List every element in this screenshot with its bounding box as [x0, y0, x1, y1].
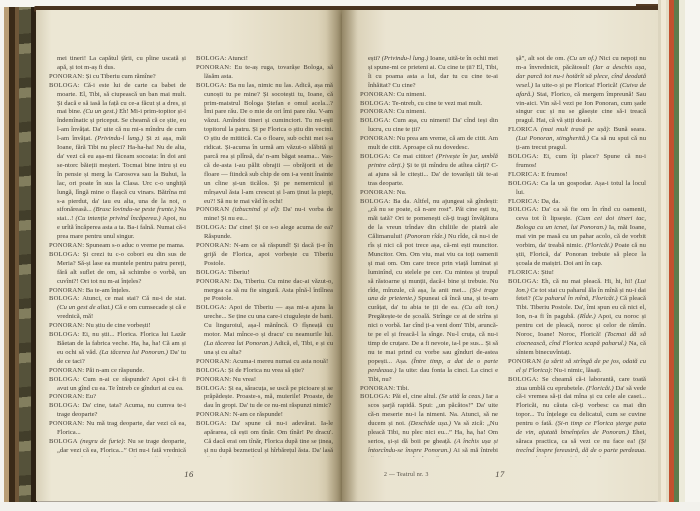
speaker-name: BOLOGA [196, 367, 225, 374]
dialogue-entry: PONORAN: N-am ce răspunde! [196, 411, 333, 420]
dialogue-entry: BOLOGA: Apoi de Tiberiu — așa mi-a ajuns… [196, 304, 333, 357]
dialogue-entry: BOLOGA: Păi el, cine altul. (Se uită la … [360, 393, 498, 457]
speaker-name: BOLOGA [49, 295, 78, 302]
page-right: ești? (Privindu-l lung.) Ioane, uită-te … [342, 10, 658, 501]
speaker-name: PONORAN [49, 322, 82, 329]
dialogue-entry: PONORAN: Cu nimeni. [360, 91, 498, 100]
dialogue-entry: șă”, alt soi de om. (Cu un of.) Nici cu … [508, 55, 646, 126]
speaker-name: BOLOGA [49, 251, 78, 258]
speaker-name: BOLOGA [196, 420, 225, 427]
dialogue-entry: BOLOGA: Ba nu las, nimic nu las. Adică, … [196, 82, 333, 207]
book-left-edge-texture [19, 0, 31, 511]
speaker-name: BOLOGA [49, 438, 78, 445]
dialogue-entry: BOLOGA: Da' cine, tata? Acuma, nu cumva … [49, 402, 186, 420]
speaker-name: PONORAN [196, 242, 229, 249]
dialogue-entry: PONORAN: Da, Tiberiu. Cu mine dac-ai văz… [196, 278, 333, 305]
dialogue-entry: BOLOGA: Cum așa, cu nimeni! Da' cînd ieș… [360, 117, 498, 135]
text-column-3: ești? (Privindu-l lung.) Ioane, uită-te … [360, 55, 498, 457]
speaker-name: PONORAN [49, 73, 82, 80]
dialogue-entry: BOLOGA: Da' spune că nu-i adevărat. Ia-l… [196, 420, 333, 457]
dialogue-entry: FLORICA (mai mult trasă pe ușă): Bună se… [508, 126, 646, 153]
speaker-name: BOLOGA [196, 385, 225, 392]
speaker-name: PONORAN [508, 358, 541, 365]
dialogue-entry: BOLOGA: Și crezi tu c-o cobori eu din su… [49, 251, 186, 287]
speaker-name: BOLOGA [360, 153, 389, 160]
speaker-name: BOLOGA [196, 82, 225, 89]
text-column-2: BOLOGA: Atunci!PONORAN: Eu te-aș ruga, t… [196, 55, 333, 457]
speaker-name: BOLOGA [49, 402, 78, 409]
dialogue-entry: PONORAN: Acuma-i mereu numai cu asta nou… [196, 358, 333, 367]
speaker-name: FLORICA [508, 269, 538, 276]
speaker-name: PONORAN [49, 287, 82, 294]
dialogue-entry: PONORAN: Eu? [49, 393, 186, 402]
dialogue-entry: BOLOGA: Cum n-ai ce răspunde? Apoi că-i … [49, 376, 186, 394]
dialogue-entry: PONORAN: Nu mă trag deoparte, dar vezi c… [49, 420, 186, 438]
page-left-columns: mei tineri! La capătul țării, cu pîine u… [49, 55, 333, 457]
speaker-name: BOLOGA [508, 278, 537, 285]
page-number-right: 17 [342, 469, 658, 479]
speaker-name: BOLOGA [49, 82, 78, 89]
speaker-name: FLORICA [508, 198, 538, 205]
dialogue-entry: BOLOGA: Da' ca să fie om în rînd cu oame… [508, 206, 646, 268]
speaker-name: PONORAN [196, 376, 229, 383]
scan-background-bottom [0, 502, 700, 511]
dialogue-entry: BOLOGA: Tiberiu! [196, 269, 333, 278]
speaker-name: BOLOGA [49, 376, 78, 383]
speaker-name: PONORAN [196, 278, 229, 285]
speaker-name: BOLOGA [196, 304, 225, 311]
speaker-name: PONORAN [360, 385, 393, 392]
dialogue-entry: BOLOGA: Atunci! [196, 55, 333, 64]
dialogue-entry: PONORAN (izbucnind și el): Da' nu-i vorb… [196, 206, 333, 224]
speaker-name: PONORAN [49, 393, 82, 400]
dialogue-entry: BOLOGA: Te-ntreb, cu cine te vezi mai mu… [360, 100, 498, 109]
speaker-name: PONORAN [49, 242, 82, 249]
dialogue-entry: PONORAN (a sărit să strîngă de pe jos, o… [508, 358, 646, 376]
speaker-name: BOLOGA [196, 55, 225, 62]
speaker-name: PONORAN [360, 108, 393, 115]
speaker-name: BOLOGA [360, 198, 389, 205]
speaker-name: BOLOGA [508, 206, 537, 213]
dialogue-entry: PONORAN: Ba te-am înțeles. [49, 287, 186, 296]
dialogue-entry: BOLOGA: Ei, nu știi... Florica. Florica … [49, 331, 186, 367]
speaker-name: BOLOGA [196, 224, 225, 231]
book-scan: mei tineri! La capătul țării, cu pîine u… [0, 0, 700, 511]
dialogue-entry: mei tineri! La capătul țării, cu pîine u… [49, 55, 186, 73]
dialogue-entry: BOLOGA: Ce mai cititor! (Privește în jur… [360, 153, 498, 189]
speaker-name: BOLOGA [508, 153, 537, 160]
page-left: mei tineri! La capătul țării, cu pîine u… [36, 10, 342, 501]
dialogue-entry: BOLOGA: Atunci, ce mai stai? Că nu-i de … [49, 295, 186, 322]
dialogue-entry: PONORAN: Nu prea am vreme, că am de citi… [360, 135, 498, 153]
dialogue-entry: BOLOGA: Ba da. Altfel, nu ajungeai să gî… [360, 198, 498, 385]
text-column-1: mei tineri! La capătul țării, cu pîine u… [49, 55, 186, 457]
dialogue-entry: BOLOGA: Și de Florica nu vrea să știe? [196, 367, 333, 376]
dialogue-entry: BOLOGA: Se cheamă că-i laborantă, care t… [508, 376, 646, 457]
dialogue-entry: PONORAN: Tibi. [360, 385, 498, 394]
dialogue-entry: PONORAN: Spuneam s-o aduc o vreme pe mam… [49, 242, 186, 251]
dialogue-entry: FLORICA: Știu! [508, 269, 646, 278]
speaker-name: FLORICA [508, 171, 538, 178]
dialogue-entry: PONORAN: Eu te-aș ruga, tovarășe Bologa,… [196, 64, 333, 82]
dialogue-entry: PONORAN: N-am ce să răspund! Și dacă ți-… [196, 242, 333, 269]
speaker-name: BOLOGA [508, 180, 537, 187]
text-column-4: șă”, alt soi de om. (Cu un of.) Nici cu … [508, 55, 646, 457]
speaker-name: PONORAN [49, 367, 82, 374]
speaker-name: BOLOGA [508, 376, 537, 383]
page-right-columns: ești? (Privindu-l lung.) Ioane, uită-te … [360, 55, 646, 457]
dialogue-entry: BOLOGA (negru de furie): Nu se trage deo… [49, 438, 186, 457]
speaker-name: BOLOGA [360, 393, 389, 400]
speaker-name: BOLOGA [360, 100, 389, 107]
dialogue-entry: FLORICA: Da, da. [508, 198, 646, 207]
speaker-name: PONORAN [196, 206, 229, 213]
dialogue-entry: PONORAN: Nu știu de cine vorbești! [49, 322, 186, 331]
speaker-name: PONORAN [196, 411, 229, 418]
dialogue-entry: PONORAN: Nu. [360, 189, 498, 198]
dialogue-entry: BOLOGA: Că-i este lui de carte ca babei … [49, 82, 186, 242]
dialogue-entry: ești? (Privindu-l lung.) Ioane, uită-te … [360, 55, 498, 91]
speaker-name: PONORAN [196, 358, 229, 365]
dialogue-entry: PONORAN: Păi n-am ce răspunde. [49, 367, 186, 376]
dialogue-entry: BOLOGA: Și ea, săracuța, se uscă pe pici… [196, 385, 333, 412]
speaker-name: BOLOGA [360, 117, 389, 124]
book-right-page-stack-edge [658, 0, 700, 511]
speaker-name: PONORAN [360, 135, 393, 142]
dialogue-entry: BOLOGA: Ca la un gospodar. Așa-i totul l… [508, 180, 646, 198]
dialogue-entry: BOLOGA: Eh, că nu mai pleacă. Hi, hi, hi… [508, 278, 646, 358]
page-number-left: 16 [36, 469, 342, 479]
dialogue-entry: PONORAN: Și cu Tiberiu cum rămîne? [49, 73, 186, 82]
speaker-name: FLORICA [508, 126, 538, 133]
speaker-name: BOLOGA [196, 269, 225, 276]
speaker-name: PONORAN [360, 189, 393, 196]
speaker-name: PONORAN [49, 420, 82, 427]
dialogue-entry: PONORAN: Cu nimeni. [360, 108, 498, 117]
speaker-name: BOLOGA [49, 331, 78, 338]
dialogue-entry: BOLOGA: Ei, cum îți place? Spune că nu-i… [508, 153, 646, 171]
dialogue-entry: PONORAN: Nu vrea! [196, 376, 333, 385]
speaker-name: PONORAN [360, 91, 393, 98]
speaker-name: PONORAN [196, 64, 229, 71]
dialogue-entry: FLORICA: E frumos! [508, 171, 646, 180]
dialogue-entry: BOLOGA: Da' cine! Și ce s-o alege acuma … [196, 224, 333, 242]
